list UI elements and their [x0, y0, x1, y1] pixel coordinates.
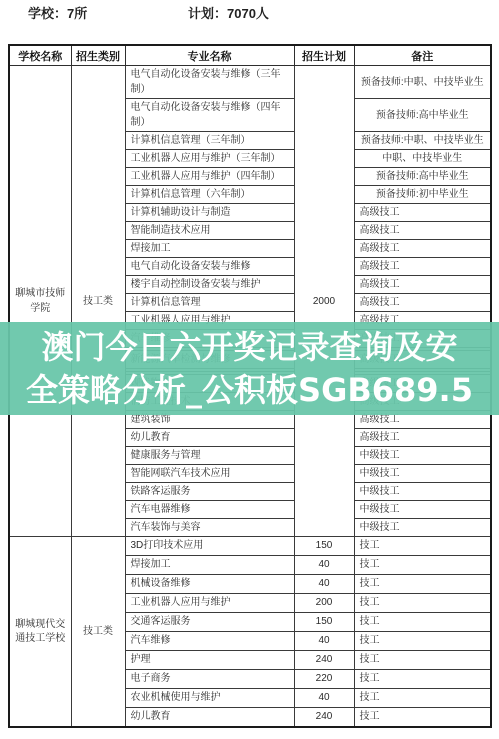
specialty-cell: 智能制造技术应用: [125, 222, 294, 240]
specialty-cell: 3D打印技术应用: [125, 537, 294, 556]
note-cell: 高级技工: [354, 204, 491, 222]
plan-cell: 220: [294, 670, 354, 689]
specialty-cell: 铁路客运服务: [125, 483, 294, 501]
specialty-cell: 汽车装饰与美容: [125, 519, 294, 537]
column-header: 备注: [354, 45, 491, 66]
plan-cell: 150: [294, 537, 354, 556]
plan-cell: 240: [294, 708, 354, 728]
note-cell: 技工: [354, 575, 491, 594]
specialty-cell: 电子商务: [125, 670, 294, 689]
summary-bar: 学校：7所 计划：7070人: [0, 3, 499, 21]
note-cell: 中级技工: [354, 501, 491, 519]
plan-cell: 40: [294, 556, 354, 575]
watermark-line1: 澳门今日六开奖记录查询及安: [41, 326, 457, 369]
note-cell: 预备技师:高中毕业生: [354, 99, 491, 132]
table-row: 聊城现代交通技工学校技工类3D打印技术应用150技工: [9, 537, 491, 556]
school-name-cell: 聊城现代交通技工学校: [9, 537, 71, 728]
plan-cell: 2000: [294, 66, 354, 537]
specialty-cell: 机械设备维修: [125, 575, 294, 594]
note-cell: 高级技工: [354, 294, 491, 312]
table-row: 聊城市技师学院技工类电气自动化设备安装与维修（三年制）2000预备技师:中职、中…: [9, 66, 491, 99]
column-header: 招生类别: [71, 45, 125, 66]
note-cell: 预备技师:初中毕业生: [354, 186, 491, 204]
specialty-cell: 楼宇自动控制设备安装与维护: [125, 276, 294, 294]
plan-cell: 40: [294, 575, 354, 594]
specialty-cell: 计算机辅助设计与制造: [125, 204, 294, 222]
specialty-cell: 计算机信息管理（三年制）: [125, 132, 294, 150]
note-cell: 中级技工: [354, 465, 491, 483]
note-cell: 技工: [354, 613, 491, 632]
specialty-cell: 工业机器人应用与维护: [125, 594, 294, 613]
specialty-cell: 健康服务与管理: [125, 447, 294, 465]
note-cell: 技工: [354, 632, 491, 651]
plan-cell: 200: [294, 594, 354, 613]
plan-cell: 240: [294, 651, 354, 670]
note-cell: 中级技工: [354, 447, 491, 465]
specialty-cell: 工业机器人应用与维护（四年制）: [125, 168, 294, 186]
specialty-cell: 电气自动化设备安装与维修: [125, 258, 294, 276]
note-cell: 中级技工: [354, 483, 491, 501]
header-row: 学校名称招生类别专业名称招生计划备注: [9, 45, 491, 66]
note-cell: 高级技工: [354, 240, 491, 258]
specialty-cell: 智能网联汽车技术应用: [125, 465, 294, 483]
specialty-cell: 计算机信息管理（六年制）: [125, 186, 294, 204]
plan-cell: 40: [294, 689, 354, 708]
note-cell: 技工: [354, 537, 491, 556]
specialty-cell: 护理: [125, 651, 294, 670]
specialty-cell: 幼儿教育: [125, 429, 294, 447]
watermark-overlay: 澳门今日六开奖记录查询及安 全策略分析_公积板SGB689.5: [0, 322, 499, 415]
category-cell: 技工类: [71, 537, 125, 728]
note-cell: 预备技师:中职、中技毕业生: [354, 132, 491, 150]
column-header: 招生计划: [294, 45, 354, 66]
school-section: 聊城现代交通技工学校技工类3D打印技术应用150技工焊接加工40技工机械设备维修…: [9, 537, 491, 728]
watermark-line2: 全策略分析_公积板SGB689.5: [26, 369, 473, 412]
school-name-cell: 聊城市技师学院: [9, 66, 71, 537]
note-cell: 中级技工: [354, 519, 491, 537]
specialty-cell: 焊接加工: [125, 240, 294, 258]
table-header: 学校名称招生类别专业名称招生计划备注: [9, 45, 491, 66]
note-cell: 技工: [354, 708, 491, 728]
specialty-cell: 农业机械使用与维护: [125, 689, 294, 708]
specialty-cell: 电气自动化设备安装与维修（三年制）: [125, 66, 294, 99]
note-cell: 高级技工: [354, 222, 491, 240]
plan-cell: 40: [294, 632, 354, 651]
plan-cell: 150: [294, 613, 354, 632]
specialty-cell: 汽车维修: [125, 632, 294, 651]
note-cell: 高级技工: [354, 429, 491, 447]
specialty-cell: 电气自动化设备安装与维修（四年制）: [125, 99, 294, 132]
specialty-cell: 幼儿教育: [125, 708, 294, 728]
note-cell: 技工: [354, 689, 491, 708]
note-cell: 预备技师:中职、中技毕业生: [354, 66, 491, 99]
note-cell: 技工: [354, 556, 491, 575]
note-cell: 高级技工: [354, 258, 491, 276]
specialty-cell: 交通客运服务: [125, 613, 294, 632]
note-cell: 技工: [354, 651, 491, 670]
note-cell: 高级技工: [354, 276, 491, 294]
specialty-cell: 工业机器人应用与维护（三年制）: [125, 150, 294, 168]
category-cell: 技工类: [71, 66, 125, 537]
schools-count: 学校：7所: [28, 3, 87, 22]
plan-count: 计划：7070人: [188, 3, 269, 22]
specialty-cell: 焊接加工: [125, 556, 294, 575]
note-cell: 技工: [354, 594, 491, 613]
specialty-cell: 计算机信息管理: [125, 294, 294, 312]
note-cell: 预备技师:高中毕业生: [354, 168, 491, 186]
specialty-cell: 汽车电器维修: [125, 501, 294, 519]
column-header: 专业名称: [125, 45, 294, 66]
note-cell: 技工: [354, 670, 491, 689]
column-header: 学校名称: [9, 45, 71, 66]
school-section: 聊城市技师学院技工类电气自动化设备安装与维修（三年制）2000预备技师:中职、中…: [9, 66, 491, 537]
note-cell: 中职、中技毕业生: [354, 150, 491, 168]
